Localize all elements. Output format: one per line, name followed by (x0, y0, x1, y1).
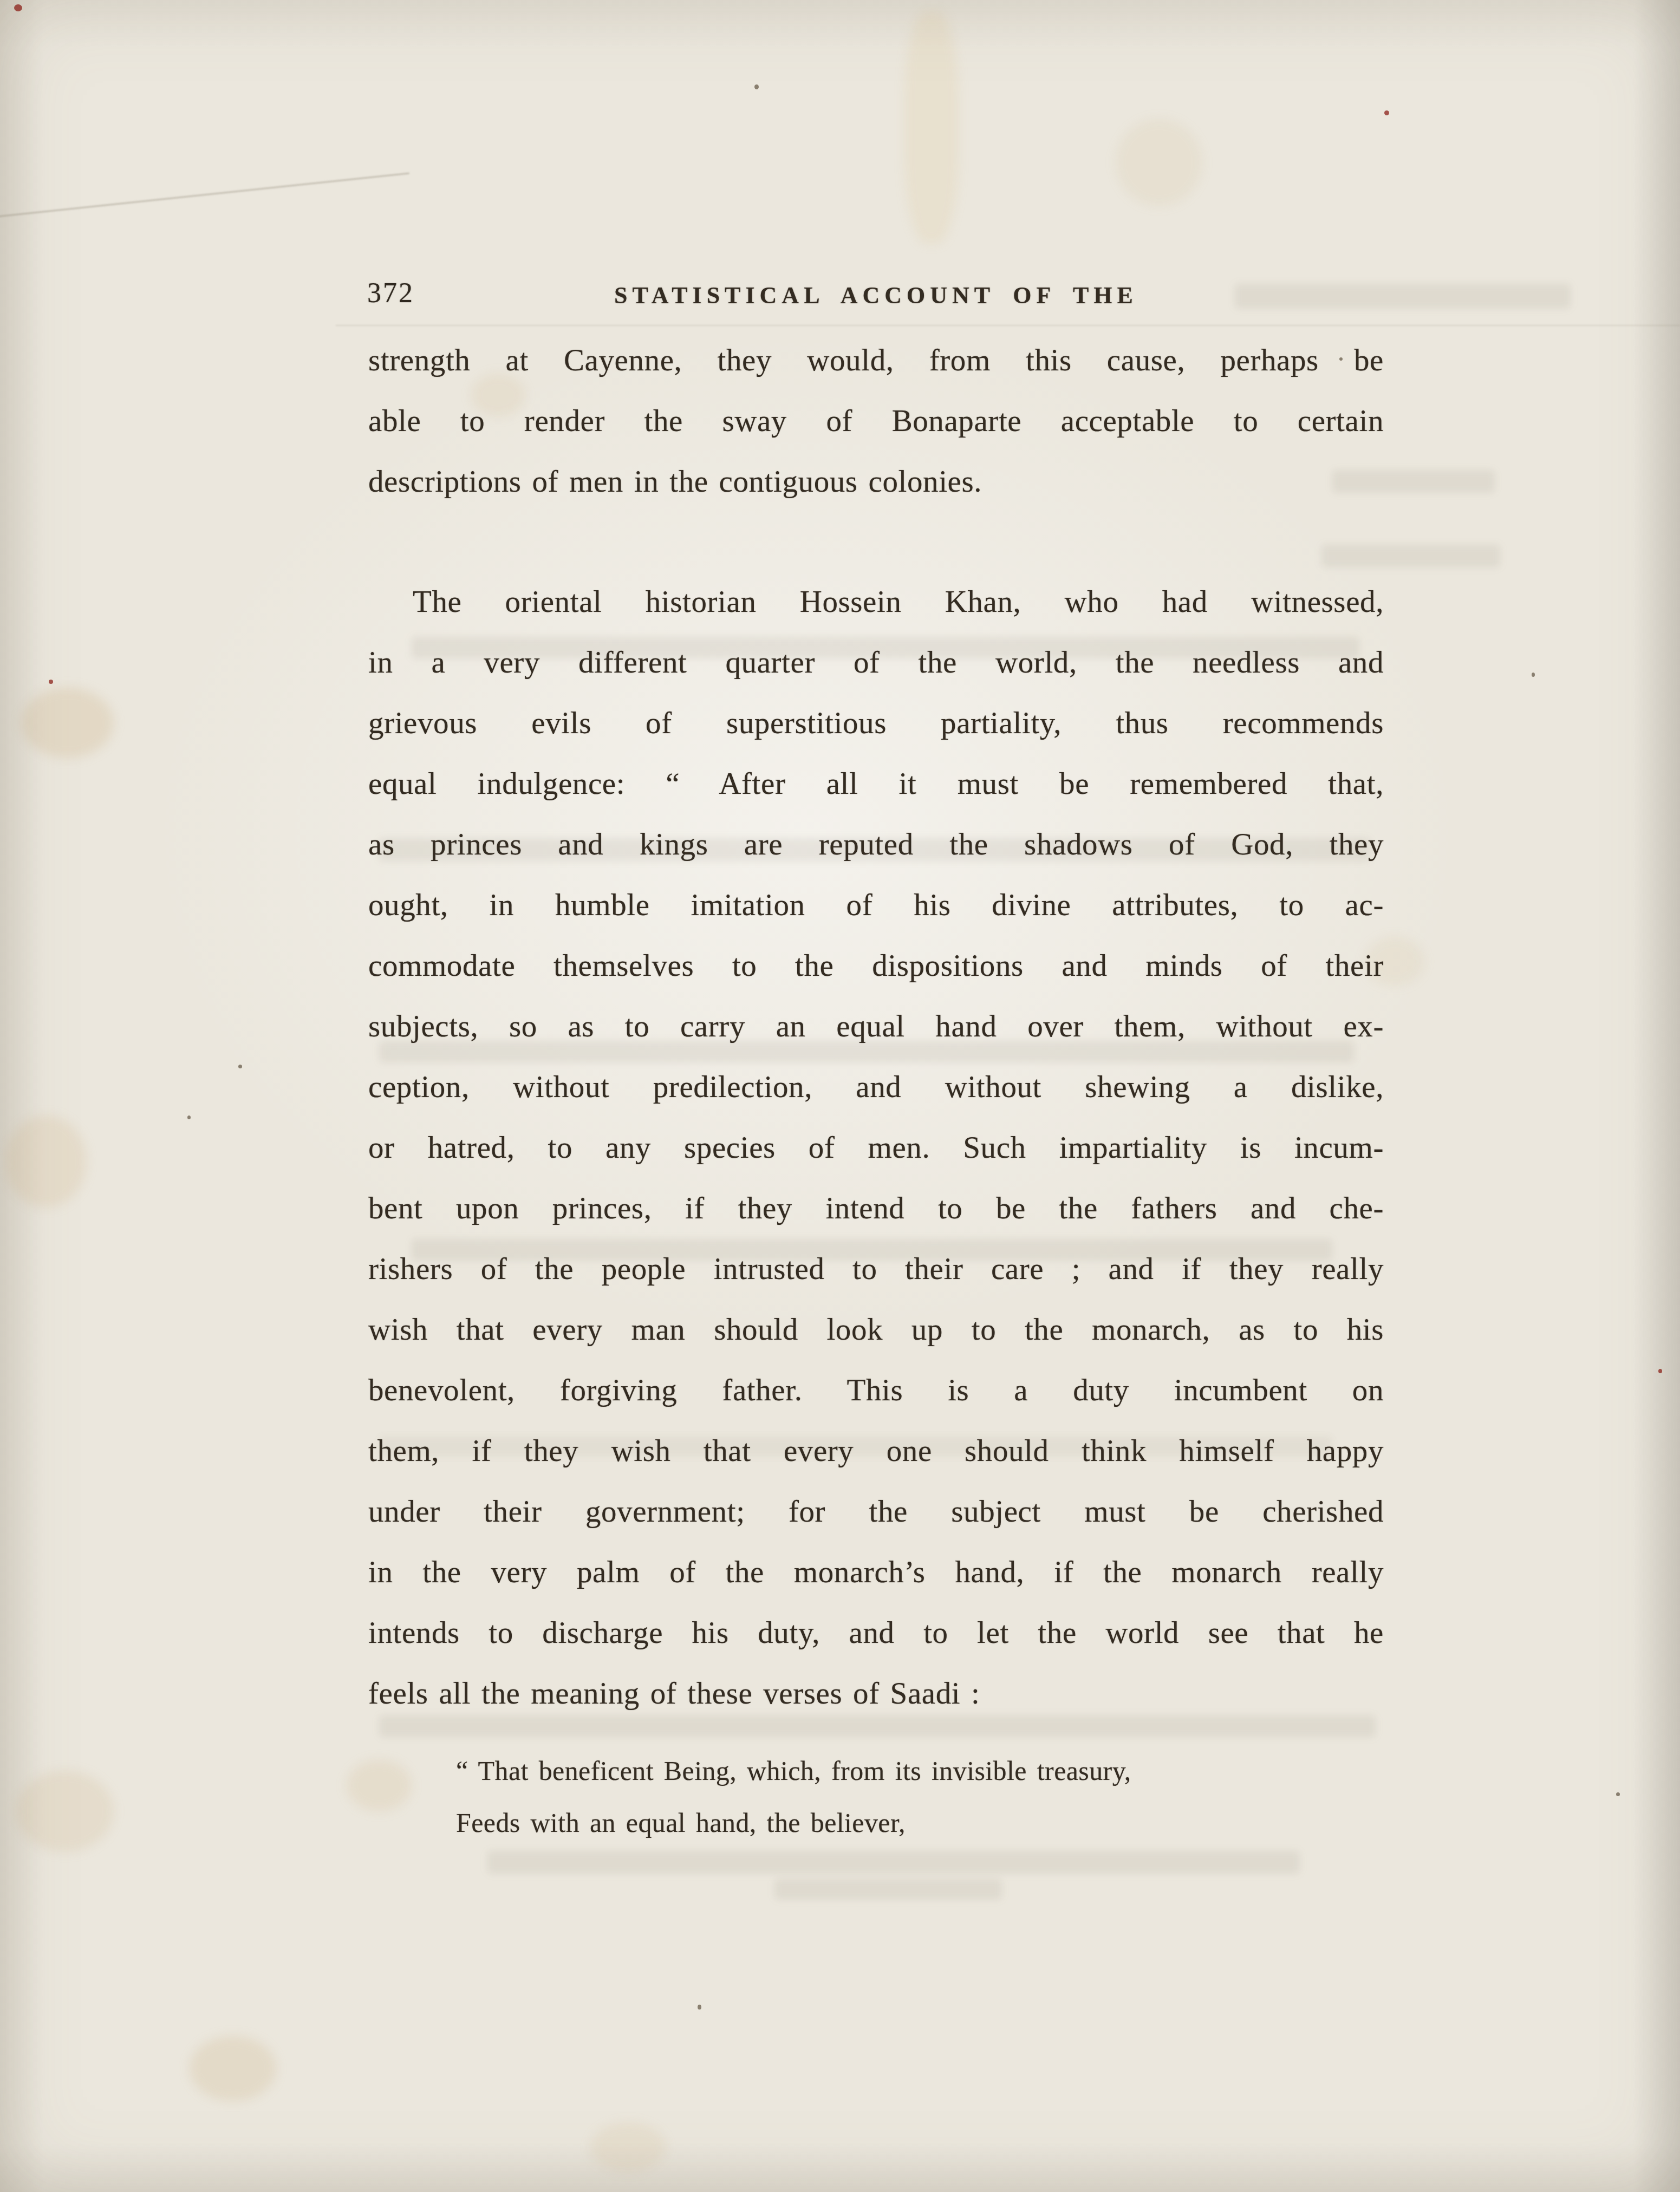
text-line: able to render the sway of Bonaparte acc… (368, 391, 1384, 452)
paragraph-1: strength at Cayenne, they would, from th… (368, 330, 1384, 512)
foxing-stain (904, 11, 959, 244)
verse-quote: “ That beneficent Being, which, from its… (456, 1745, 1377, 1849)
foxing-stain (5, 1115, 87, 1208)
text-line: ought, in humble imitation of his divine… (368, 875, 1384, 936)
ink-speck (238, 1065, 242, 1068)
text-line: them, if they wish that every one should… (368, 1421, 1384, 1482)
ink-speck (187, 1115, 191, 1119)
text-line: intends to discharge his duty, and to le… (368, 1603, 1384, 1663)
bleed-through-smudge (1321, 545, 1500, 567)
foxing-stain (190, 2036, 276, 2101)
text-line: rishers of the people intrusted to their… (368, 1239, 1384, 1300)
text-line: as princes and kings are reputed the sha… (368, 814, 1384, 875)
text-line: The oriental historian Hossein Khan, who… (368, 572, 1384, 632)
foxing-stain (1116, 119, 1202, 206)
ink-speck (754, 84, 759, 89)
text-line: under their government; for the subject … (368, 1482, 1384, 1542)
text-line: in the very palm of the monarch’s hand, … (368, 1542, 1384, 1603)
text-line: grievous evils of superstitious partiali… (368, 693, 1384, 754)
verse-line: Feeds with an equal hand, the believer, (456, 1797, 1377, 1849)
text-line: benevolent, forgiving father. This is a … (368, 1360, 1384, 1421)
scanned-book-page: 372 STATISTICAL ACCOUNT OF THE strength … (0, 0, 1680, 2192)
ink-speck (1532, 673, 1535, 677)
text-line: subjects, so as to carry an equal hand o… (368, 996, 1384, 1057)
verse-line: “ That beneficent Being, which, from its… (456, 1745, 1377, 1797)
text-line: wish that every man should look up to th… (368, 1300, 1384, 1360)
text-line: strength at Cayenne, they would, from th… (368, 330, 1384, 391)
paragraph-2: The oriental historian Hossein Khan, who… (368, 572, 1384, 1724)
paper-crease (0, 172, 409, 218)
foxing-stain (16, 1771, 114, 1852)
red-speck (49, 680, 53, 684)
text-line: bent upon princes, if they intend to be … (368, 1178, 1384, 1239)
foxing-stain (22, 688, 114, 758)
paper-crease (336, 325, 1680, 326)
text-line: in a very different quarter of the world… (368, 632, 1384, 693)
foxing-stain (347, 1760, 412, 1811)
text-line: ception, without predilection, and witho… (368, 1057, 1384, 1118)
red-speck (1384, 110, 1389, 115)
red-speck (1658, 1369, 1662, 1373)
text-line: or hatred, to any species of men. Such i… (368, 1118, 1384, 1178)
bleed-through-smudge (774, 1879, 1002, 1900)
text-line: commodate themselves to the dispositions… (368, 936, 1384, 996)
text-line: equal indulgence: “ After all it must be… (368, 754, 1384, 814)
foxing-stain (590, 2123, 666, 2171)
ink-speck (1616, 1792, 1620, 1796)
red-speck (14, 4, 22, 11)
running-header: STATISTICAL ACCOUNT OF THE (368, 282, 1384, 309)
ink-speck (698, 2005, 701, 2010)
bleed-through-smudge (487, 1851, 1300, 1874)
